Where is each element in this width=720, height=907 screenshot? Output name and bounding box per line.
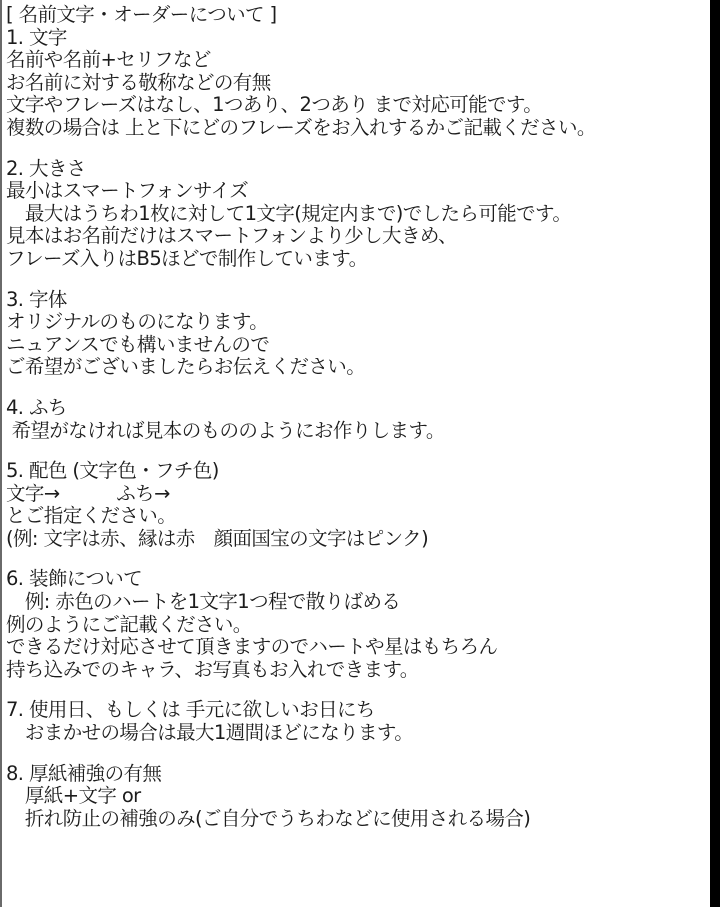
section-line: お名前に対する敬称などの有無 [6, 72, 710, 95]
spacer [6, 550, 710, 568]
section-line: (例: 文字は赤、縁は赤 顔面国宝の文字はピンク) [6, 528, 710, 551]
section-line: とご指定ください。 [6, 505, 710, 528]
spacer [6, 745, 710, 763]
section-line: 文字→ ふち→ [6, 483, 710, 506]
order-info-document: [ 名前文字・オーダーについて ] 1. 文字 名前や名前+セリフなど お名前に… [0, 0, 710, 907]
section-line: 例: 赤色のハートを1文字1つ程で散りばめる [6, 591, 710, 614]
section-heading: 6. 装飾について [6, 568, 710, 591]
spacer [6, 379, 710, 397]
section-line: フレーズ入りはB5ほどで制作しています。 [6, 248, 710, 271]
section-line: 厚紙+文字 or [6, 785, 710, 808]
right-edge-strip [710, 0, 720, 907]
section-heading: 5. 配色 (文字色・フチ色) [6, 460, 710, 483]
section-line: 例のようにご記載ください。 [6, 614, 710, 637]
section-border: 4. ふち 希望がなければ見本のもののようにお作りします。 [6, 397, 710, 442]
section-date: 7. 使用日、もしくは 手元に欲しいお日にち おまかせの場合は最大1週間ほどにな… [6, 699, 710, 744]
section-heading: 4. ふち [6, 397, 710, 420]
section-heading: 1. 文字 [6, 27, 710, 50]
section-font: 3. 字体 オリジナルのものになります。 ニュアンスでも構いませんので ご希望が… [6, 289, 710, 379]
section-line: ニュアンスでも構いませんので [6, 334, 710, 357]
section-line: 希望がなければ見本のもののようにお作りします。 [6, 420, 710, 443]
section-colors: 5. 配色 (文字色・フチ色) 文字→ ふち→ とご指定ください。 (例: 文字… [6, 460, 710, 550]
section-heading: 2. 大きさ [6, 158, 710, 181]
section-line: 最大はうちわ1枚に対して1文字(規定内まで)でしたら可能です。 [6, 203, 710, 226]
document-title: [ 名前文字・オーダーについて ] [6, 4, 710, 27]
section-line: 最小はスマートフォンサイズ [6, 180, 710, 203]
section-heading: 3. 字体 [6, 289, 710, 312]
section-decoration: 6. 装飾について 例: 赤色のハートを1文字1つ程で散りばめる 例のようにご記… [6, 568, 710, 681]
spacer [6, 681, 710, 699]
section-line: 文字やフレーズはなし、1つあり、2つあり まで対応可能です。 [6, 94, 710, 117]
section-heading: 8. 厚紙補強の有無 [6, 763, 710, 786]
spacer [6, 442, 710, 460]
section-line: 見本はお名前だけはスマートフォンより少し大きめ、 [6, 225, 710, 248]
section-line: おまかせの場合は最大1週間ほどになります。 [6, 722, 710, 745]
section-line: 持ち込みでのキャラ、お写真もお入れできます。 [6, 659, 710, 682]
section-line: オリジナルのものになります。 [6, 311, 710, 334]
section-characters: 1. 文字 名前や名前+セリフなど お名前に対する敬称などの有無 文字やフレーズ… [6, 27, 710, 140]
section-size: 2. 大きさ 最小はスマートフォンサイズ 最大はうちわ1枚に対して1文字(規定内… [6, 158, 710, 271]
section-line: できるだけ対応させて頂きますのでハートや星はもちろん [6, 636, 710, 659]
section-line: 複数の場合は 上と下にどのフレーズをお入れするかご記載ください。 [6, 117, 710, 140]
section-line: 折れ防止の補強のみ(ご自分でうちわなどに使用される場合) [6, 808, 710, 831]
spacer [6, 140, 710, 158]
section-line: ご希望がございましたらお伝えください。 [6, 356, 710, 379]
section-cardboard: 8. 厚紙補強の有無 厚紙+文字 or 折れ防止の補強のみ(ご自分でうちわなどに… [6, 763, 710, 831]
section-heading: 7. 使用日、もしくは 手元に欲しいお日にち [6, 699, 710, 722]
spacer [6, 271, 710, 289]
section-line: 名前や名前+セリフなど [6, 49, 710, 72]
